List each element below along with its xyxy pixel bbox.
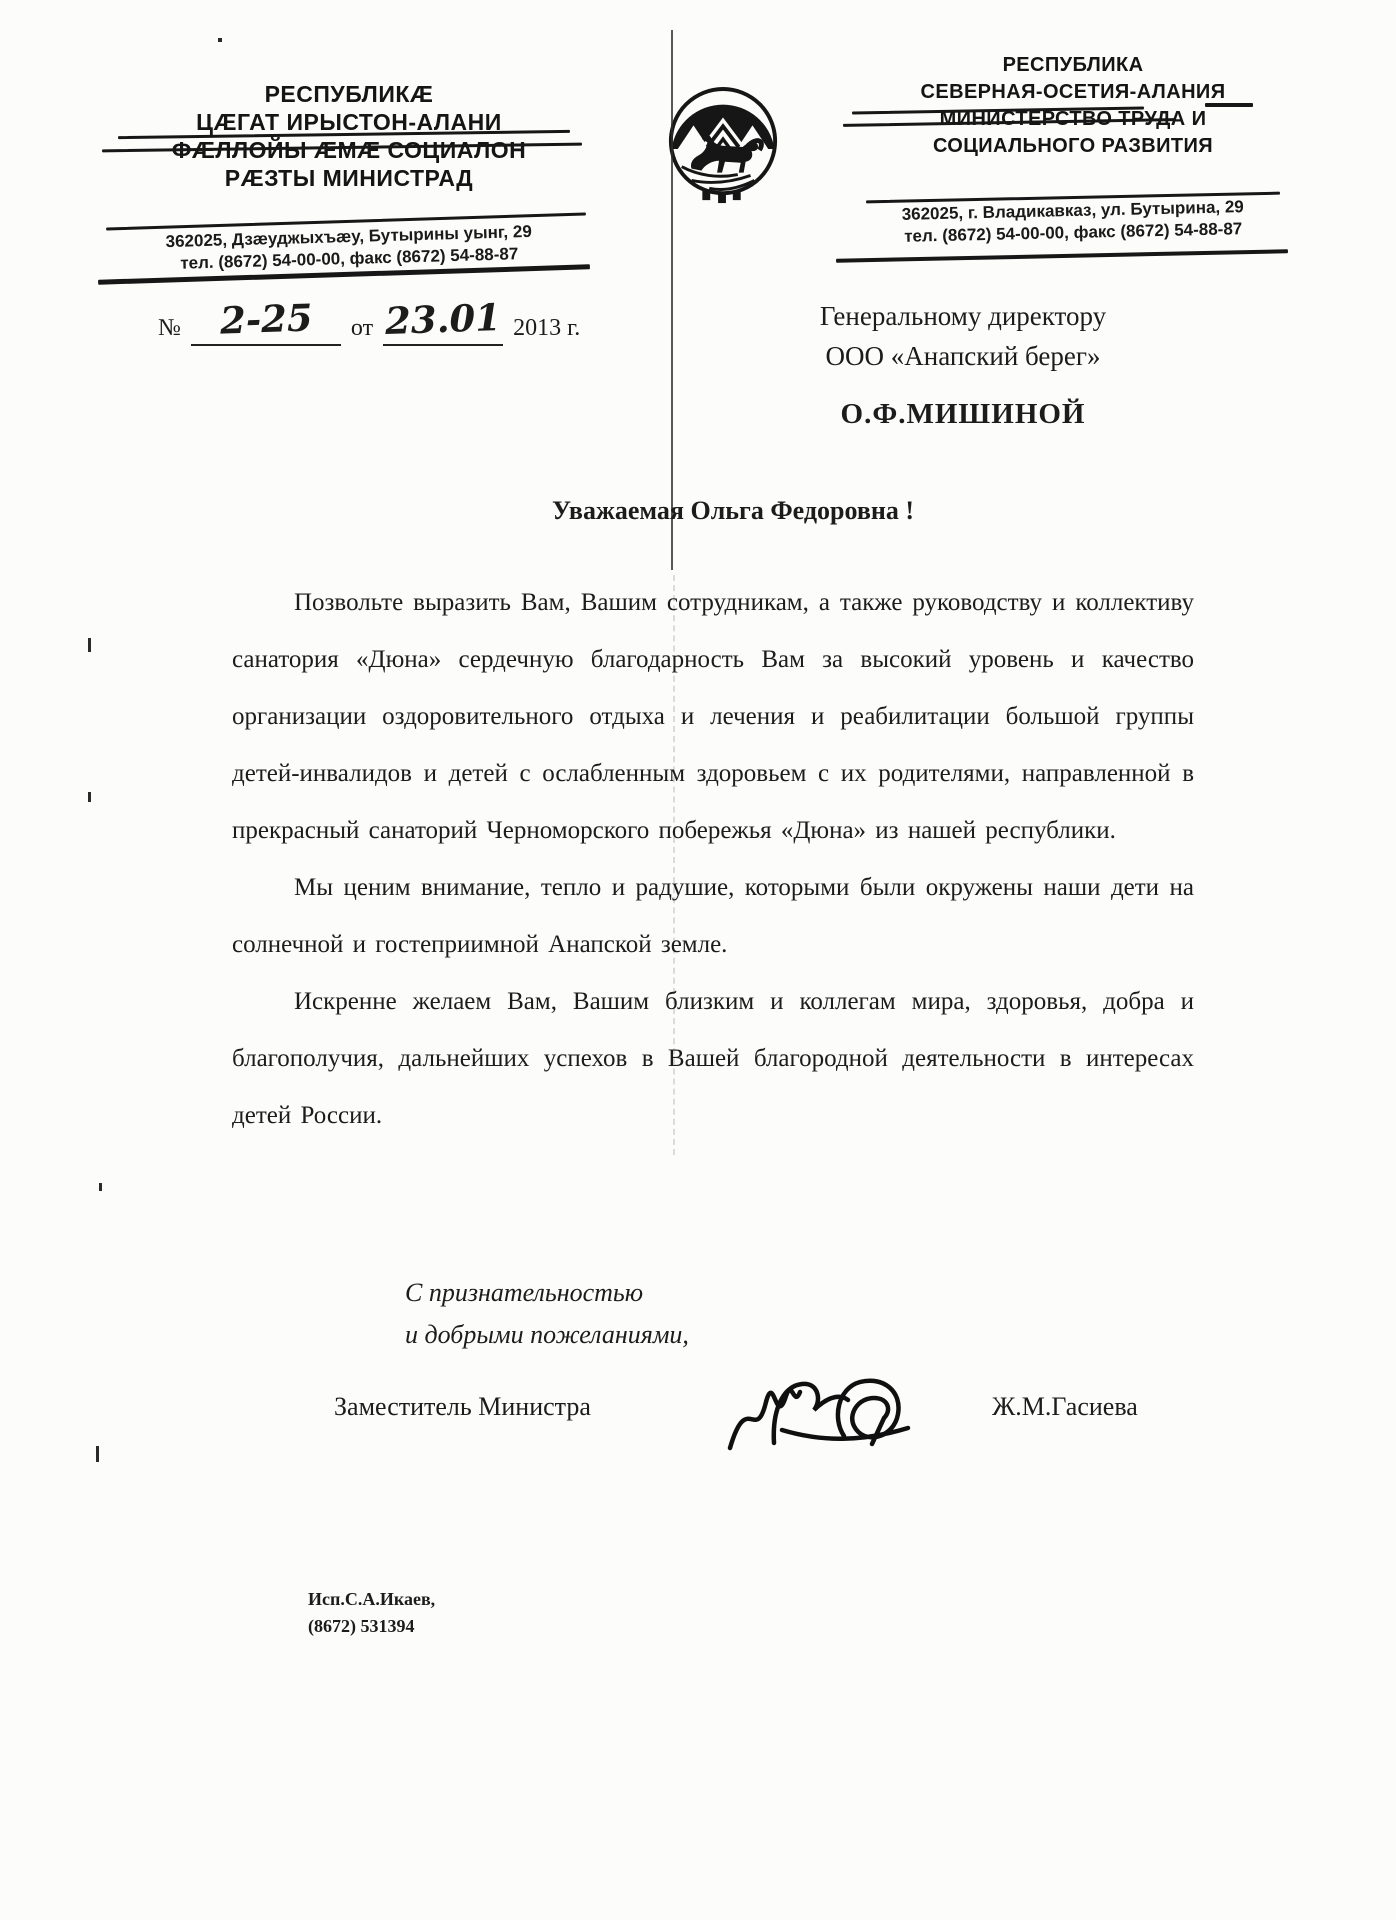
recipient-company: ООО «Анапский берег»: [762, 336, 1164, 376]
reference-date-underline: 23.01: [383, 300, 503, 346]
coat-of-arms-svg: [664, 82, 782, 214]
reference-line: № 2-25 от 23.01 2013 г.: [158, 300, 658, 346]
ministry-name-russian-line4: СОЦИАЛЬНОГО РАЗВИТИЯ: [842, 133, 1304, 160]
scan-speck: [88, 792, 91, 802]
ministry-name-ossetian-line4: РÆЗТЫ МИНИСТРАД: [118, 164, 580, 192]
body-paragraph-2: Мы ценим внимание, тепло и радушие, кото…: [232, 859, 1194, 973]
ministry-address-russian: 362025, г. Владикавказ, ул. Бутырина, 29…: [842, 195, 1305, 249]
scan-speck: [96, 1446, 99, 1462]
reference-year-label: 2013 г.: [513, 315, 580, 346]
signatory-name: Ж.М.Гасиева: [992, 1392, 1138, 1422]
coat-of-arms-icon: [664, 82, 782, 219]
executor-name: Исп.С.А.Икаев,: [308, 1586, 435, 1613]
body-paragraph-3: Искренне желаем Вам, Вашим близким и кол…: [232, 973, 1194, 1144]
signature-icon: [712, 1348, 952, 1473]
reference-number-underline: 2-25: [191, 300, 341, 346]
letter-body: Позвольте выразить Вам, Вашим сотрудника…: [232, 574, 1194, 1144]
closing-line2: и добрыми пожеланиями,: [405, 1314, 689, 1356]
ministry-name-ossetian-line1: РЕСПУБЛИКÆ: [118, 80, 580, 108]
recipient-name: О.Ф.МИШИНОЙ: [762, 398, 1164, 431]
executor-note: Исп.С.А.Икаев, (8672) 531394: [308, 1586, 435, 1640]
scan-speck: [218, 38, 222, 42]
recipient-block: Генеральному директору ООО «Анапский бер…: [762, 296, 1164, 376]
closing-block: С признательностью и добрыми пожеланиями…: [405, 1272, 689, 1356]
scan-line-artifact: [836, 249, 1288, 262]
signature-svg: [712, 1348, 952, 1468]
executor-phone: (8672) 531394: [308, 1613, 435, 1640]
salutation: Уважаемая Ольга Федоровна !: [233, 496, 1233, 526]
scan-speck: [88, 638, 91, 652]
reference-number-value: 2-25: [219, 298, 313, 339]
scanned-letter-page: РЕСПУБЛИКÆ ЦÆГАТ ИРЫСТОН-АЛАНИ ФÆЛЛОЙЫ Æ…: [0, 0, 1396, 1920]
recipient-title: Генеральному директору: [762, 296, 1164, 336]
ministry-name-russian-line1: РЕСПУБЛИКА: [842, 52, 1304, 79]
reference-date-value: 23.01: [385, 298, 502, 340]
closing-line1: С признательностью: [405, 1272, 689, 1314]
scan-speck: [99, 1183, 102, 1191]
body-paragraph-1: Позвольте выразить Вам, Вашим сотрудника…: [232, 574, 1194, 859]
reference-number-label: №: [158, 315, 181, 346]
scan-line-artifact: [1205, 103, 1253, 107]
signatory-title: Заместитель Министра: [334, 1392, 591, 1422]
fold-line-artifact: [671, 30, 675, 570]
reference-from-label: от: [351, 315, 373, 346]
ministry-name-russian-line2: СЕВЕРНАЯ-ОСЕТИЯ-АЛАНИЯ: [842, 79, 1304, 106]
